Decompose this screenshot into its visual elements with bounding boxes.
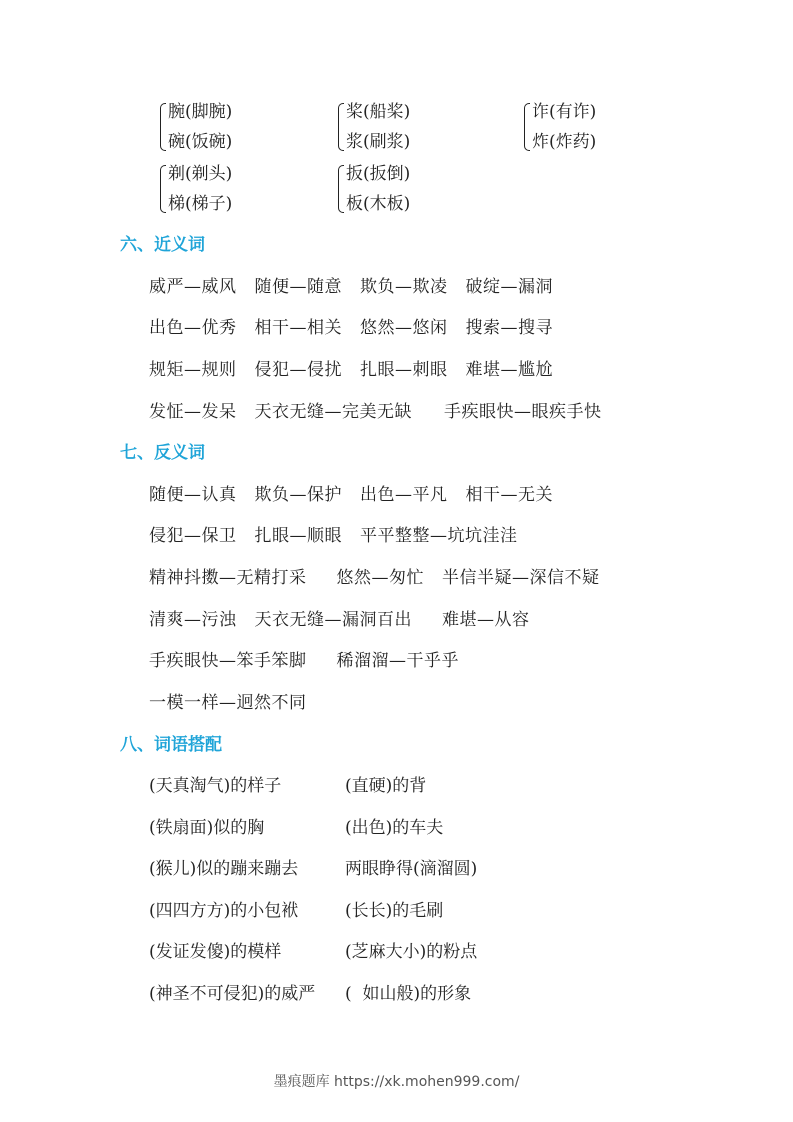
char-item: 炸(炸药): [532, 127, 702, 157]
collocation-row: (铁扇面)似的胸(出色)的车夫: [149, 813, 443, 838]
char-item: 剃(剃头): [168, 159, 338, 189]
antonym-line: 随便—认真欺负—保护出色—平凡相干—无关: [149, 480, 571, 505]
synonym-line: 出色—优秀相干—相关悠然—悠闲搜索—搜寻: [149, 313, 571, 338]
char-group: 腕(脚腕) 碗(饭碗): [160, 97, 338, 157]
char-group: 诈(有诈) 炸(炸药): [524, 97, 702, 157]
antonym-line: 一模一样—迥然不同: [149, 688, 325, 713]
collocation-row: (四四方方)的小包袱(长长)的毛刷: [149, 896, 443, 921]
section-heading-antonyms: 七、反义词: [120, 438, 205, 463]
char-item: 诈(有诈): [532, 97, 702, 127]
antonym-line: 侵犯—保卫扎眼—顺眼平平整整—坑坑洼洼: [149, 521, 536, 546]
char-item: 腕(脚腕): [168, 97, 338, 127]
section-heading-collocations: 八、词语搭配: [120, 730, 222, 755]
footer-watermark: 墨痕题库 https://xk.mohen999.com/: [0, 1071, 793, 1091]
collocation-row: (天真淘气)的样子(直硬)的背: [149, 771, 426, 796]
char-group: 剃(剃头) 梯(梯子): [160, 159, 338, 219]
char-group: 桨(船桨) 浆(刷浆): [338, 97, 516, 157]
synonym-line: 发怔—发呆天衣无缝—完美无缺手疾眼快—眼疾手快: [149, 397, 620, 422]
char-item: 桨(船桨): [346, 97, 516, 127]
antonym-line: 精神抖擞—无精打采悠然—匆忙半信半疑—深信不疑: [149, 563, 618, 588]
char-item: 梯(梯子): [168, 189, 338, 219]
antonym-line: 清爽—污浊天衣无缝—漏洞百出难堪—从容: [149, 605, 548, 630]
collocation-row: (猴儿)似的蹦来蹦去两眼睁得(滴溜圆): [149, 854, 477, 879]
synonym-line: 规矩—规则侵犯—侵扰扎眼—刺眼难堪—尴尬: [149, 355, 571, 380]
char-item: 板(木板): [346, 189, 516, 219]
antonym-line: 手疾眼快—笨手笨脚稀溜溜—干乎乎: [149, 646, 477, 671]
collocation-row: (发证发傻)的模样(芝麻大小)的粉点: [149, 937, 477, 962]
collocation-row: (神圣不可侵犯)的威严( 如山般)的形象: [149, 979, 471, 1004]
char-item: 碗(饭碗): [168, 127, 338, 157]
char-group-row-2: 剃(剃头) 梯(梯子) 扳(扳倒) 板(木板): [160, 159, 516, 219]
char-item: 浆(刷浆): [346, 127, 516, 157]
synonym-line: 威严—威风随便—随意欺负—欺凌破绽—漏洞: [149, 272, 571, 297]
section-heading-synonyms: 六、近义词: [120, 230, 205, 255]
char-item: 扳(扳倒): [346, 159, 516, 189]
char-group-row-1: 腕(脚腕) 碗(饭碗) 桨(船桨) 浆(刷浆) 诈(有诈) 炸(炸药): [160, 97, 702, 157]
char-group: 扳(扳倒) 板(木板): [338, 159, 516, 219]
document-page: 腕(脚腕) 碗(饭碗) 桨(船桨) 浆(刷浆) 诈(有诈) 炸(炸药) 剃(剃头…: [0, 0, 793, 1122]
